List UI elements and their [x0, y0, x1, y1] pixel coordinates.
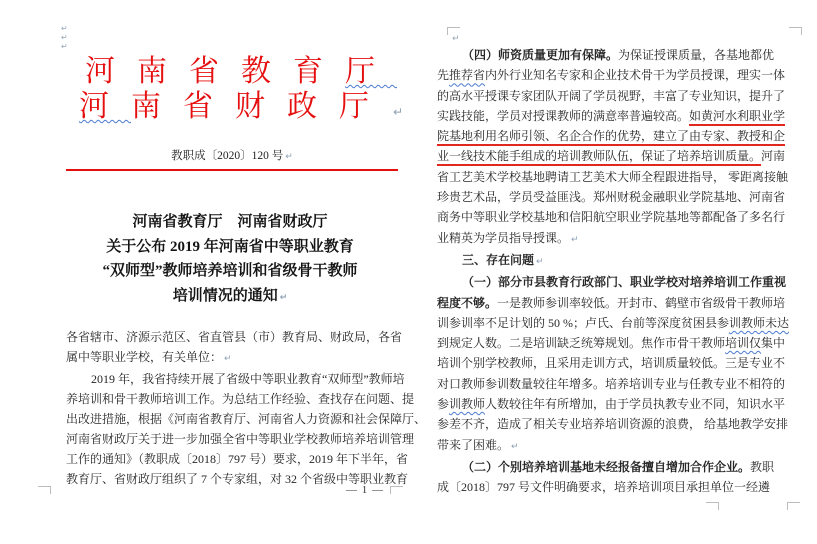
- text-line: 参训教师人数较往年有所增加，由于学员执教专业不同，知识水平: [437, 394, 791, 414]
- text-line: （二）个别培养培训基地未经报备擅自增加合作企业。教职: [437, 457, 791, 477]
- text-line: 属中等职业学校，有关单位：↵: [66, 347, 406, 369]
- text-line: 河南省财政厅↵: [76, 89, 406, 130]
- text-line: 训参训率不足计划的 50 %；卢氏、台前等深度贫困县参训教师未达: [437, 313, 791, 333]
- text-line: 带来了困难。↵: [437, 435, 791, 457]
- text-segment: （四）师资质量更加有保障。: [462, 48, 618, 62]
- paragraph-return-icon: ↵: [280, 293, 288, 303]
- text-line: 培训个别学校教师，且采用走训方式，培训质量较低。三是专业不: [437, 353, 791, 373]
- text-segment: 河南省教育: [85, 55, 345, 88]
- page-corner-mark: [38, 486, 51, 494]
- paragraph-return-icon: ↵: [224, 354, 232, 364]
- text-segment: 属中等职业学校，有关单位：: [66, 350, 222, 364]
- text-segment: （一）部分市县教育行政部门、职业学校对培养培训工作重视: [462, 275, 786, 289]
- paragraph-return-icon: ↵: [61, 24, 68, 33]
- text-segment: 业一线技术能手组成的培训教师队伍，保证了培养培训质量。: [437, 149, 761, 166]
- notice-title: 河南省教育厅 河南省财政厅关于公布 2019 年河南省中等职业教育“双师型”教师…: [58, 210, 402, 310]
- page-corner-mark: [787, 502, 800, 510]
- empty-paragraph-marks: ↵↵↵: [61, 24, 68, 51]
- letterhead-divider: [66, 169, 398, 171]
- text-segment: 的高水平授课专家团队开阔了学员视野，丰富了专业知识，提升了: [437, 89, 785, 103]
- text-line: 参差不齐，造成了相关专业培养培训资源的浪费， 给基地教学安排: [437, 414, 791, 434]
- text-segment: 南省财政厅: [131, 90, 391, 123]
- text-line: 院基地利用名师引领、名企合作的优势，建立了由专家、教授和企: [437, 126, 791, 146]
- text-line: 养培训和骨干教师培训工作。为总结工作经验、查找存在问题、提: [66, 389, 406, 409]
- text-segment: 培训仅: [725, 336, 761, 350]
- text-segment: 集中: [761, 336, 785, 350]
- text-line: 2019 年，我省持续开展了省级中等职业教育“双师型”教师培: [66, 369, 406, 389]
- text-segment: 关于公布 2019 年河南省中等职业教育: [106, 239, 354, 255]
- text-line: 程度不够。一是教师参训率较低。开封市、鹤壁市省级骨干教师培: [437, 293, 791, 313]
- text-segment: 养培训和骨干教师培训工作。为总结工作经验、查找存在问题、提: [66, 392, 414, 406]
- text-line: 教职成〔2020〕120 号↵: [66, 147, 398, 163]
- text-segment: 河南省财政厅关于进一步加强全省中等职业学校教师培养培训管理: [66, 432, 414, 446]
- paragraph-return-icon: ↵: [511, 442, 519, 452]
- text-line: 业一线技术能手组成的培训教师队伍，保证了培养培训质量。河南: [437, 146, 791, 166]
- text-line: 河南省教育厅: [76, 54, 406, 89]
- text-segment: 训参训率不足计划的 50 %；卢氏、台前等深度贫困县参: [437, 316, 729, 330]
- text-segment: 带来了困难。: [437, 438, 509, 452]
- text-line: 业精英为学员指导授课。↵: [437, 228, 791, 250]
- text-segment: 河南: [761, 149, 785, 163]
- text-line: 河南省财政厅关于进一步加强全省中等职业学校教师培养培训管理: [66, 429, 406, 449]
- text-segment: （二）个别培养培训基地未经报备擅自增加合作企业。: [462, 460, 750, 474]
- text-segment: 内外行业知名专家和企业技术骨干为学员授课，理实一体: [485, 68, 785, 82]
- text-segment: 实践技能，学员对授课教师的满意率普遍较高。: [437, 109, 689, 123]
- text-line: 珍贵艺术品，学员受益匪浅。郑州财税金融职业学院基地、河南省: [437, 187, 791, 207]
- text-segment: 训教师: [449, 397, 485, 411]
- page-corner-mark: [789, 27, 802, 35]
- page-number: — 1 —: [346, 484, 384, 496]
- text-line: 实践技能，学员对授课教师的满意率普遍较高。如黄河水利职业学: [437, 106, 791, 126]
- right-page-body: （四）师资质量更加有保障。为保证授课质量，各基地都优先推荐省内外行业知名专家和企…: [437, 45, 791, 498]
- text-segment: 教职成〔2020〕120 号: [171, 150, 283, 162]
- document-number: 教职成〔2020〕120 号↵: [66, 147, 398, 163]
- text-line: 出改进措施，根据《河南省教育厅、河南省人力资源和社会保障厅、: [66, 409, 406, 429]
- letterhead-title: 河南省教育厅河南省财政厅↵: [76, 54, 406, 130]
- text-segment: 厅: [345, 55, 397, 88]
- text-segment: 培训个别学校教师，且采用走训方式，培训质量较低。三是专业不: [437, 356, 785, 370]
- text-segment: 商务中等职业学校基地和信阳航空职业学院基地等都配备了多名行: [437, 210, 785, 224]
- text-segment: 参: [437, 397, 449, 411]
- text-segment: “双师型”教师培养培训和省级骨干教师: [102, 263, 357, 279]
- text-segment: 三、存在问题: [462, 253, 534, 267]
- text-line: 三、存在问题↵: [437, 250, 791, 272]
- text-line: 到规定人数。二是培训缺乏统筹规划。焦作市骨干教师培训仅集中: [437, 333, 791, 353]
- text-line: 对口教师参训数量较往年增多。培养培训专业与任教专业不相符的: [437, 374, 791, 394]
- text-segment: 训教师未达: [729, 316, 789, 330]
- text-line: 工作的通知》（教职成〔2018〕797 号）要求，2019 年下半年，省: [66, 449, 406, 469]
- document-canvas: ↵↵↵ 河南省教育厅河南省财政厅↵ 教职成〔2020〕120 号↵ 河南省教育厅…: [0, 0, 817, 544]
- page-corner-mark: [390, 486, 403, 494]
- text-segment: 对口教师参训数量较往年增多。培养培训专业与任教专业不相符的: [437, 377, 785, 391]
- text-segment: 河: [79, 90, 131, 123]
- text-segment: 程度不够。: [437, 296, 497, 310]
- text-segment: 人数较往年有所增加，由于学员执教专业不同，知识水平: [485, 397, 785, 411]
- text-segment: 2019 年，我省持续开展了省级中等职业教育“双师型”教师培: [91, 372, 405, 386]
- text-line: “双师型”教师培养培训和省级骨干教师: [58, 259, 402, 284]
- text-line: 先推荐省内外行业知名专家和企业技术骨干为学员授课，理实一体: [437, 65, 791, 85]
- text-segment: 业精英为学员指导授课。: [437, 231, 569, 245]
- text-segment: 河南省教育厅 河南省财政厅: [132, 214, 327, 230]
- text-segment: 各省辖市、济源示范区、省直管县（市）教育局、财政局，各省: [66, 330, 402, 344]
- paragraph-return-icon: ↵: [452, 34, 460, 44]
- text-segment: 珍贵艺术品，学员受益匪浅。郑州财税金融职业学院基地、河南省: [437, 190, 785, 204]
- paragraph-return-icon: ↵: [393, 105, 403, 119]
- text-segment: 推荐省: [449, 68, 485, 82]
- paragraph-return-icon: ↵: [285, 152, 293, 162]
- text-line: 省工艺美术学校基地聘请工艺美术大师全程跟进指导， 零距离接触: [437, 167, 791, 187]
- paragraph-return-icon: ↵: [571, 235, 579, 245]
- text-line: 河南省教育厅 河南省财政厅: [58, 210, 402, 235]
- text-segment: 省工艺美术学校基地聘请工艺美术大师全程跟进指导， 零距离接触: [437, 170, 788, 184]
- text-line: 商务中等职业学校基地和信阳航空职业学院基地等都配备了多名行: [437, 207, 791, 227]
- paragraph-return-icon: ↵: [61, 42, 68, 51]
- text-segment: 成〔2018〕797 号文件明确要求，培养培训项目承担单位一经遴: [437, 480, 770, 494]
- text-line: 培训情况的通知↵: [58, 284, 402, 311]
- paragraph-return-icon: ↵: [61, 33, 68, 42]
- text-segment: 如黄河水利职业学: [689, 109, 785, 126]
- text-line: 成〔2018〕797 号文件明确要求，培养培训项目承担单位一经遴: [437, 477, 791, 497]
- text-segment: 工作的通知》（教职成〔2018〕797 号）要求，2019 年下半年，省: [66, 452, 408, 466]
- text-segment: 参差不齐，造成了相关专业培养培训资源的浪费， 给基地教学安排: [437, 417, 788, 431]
- page-corner-mark: [706, 502, 719, 510]
- paragraph-return-icon: ↵: [536, 257, 544, 267]
- text-line: 的高水平授课专家团队开阔了学员视野，丰富了专业知识，提升了: [437, 86, 791, 106]
- text-line: （一）部分市县教育行政部门、职业学校对培养培训工作重视: [437, 272, 791, 292]
- text-segment: 院基地利用名师引领、名企合作的优势，建立了由专家、教授和企: [437, 129, 785, 146]
- text-segment: 出改进措施，根据《河南省教育厅、河南省人力资源和社会保障厅、: [66, 412, 426, 426]
- text-segment: 培训情况的通知: [173, 288, 278, 304]
- left-page-body: 各省辖市、济源示范区、省直管县（市）教育局、财政局，各省属中等职业学校，有关单位…: [66, 327, 406, 489]
- text-line: 各省辖市、济源示范区、省直管县（市）教育局、财政局，各省: [66, 327, 406, 347]
- text-line: 关于公布 2019 年河南省中等职业教育: [58, 235, 402, 260]
- text-segment: 先: [437, 68, 449, 82]
- text-segment: 为保证授课质量，各基地都优: [618, 48, 774, 62]
- text-segment: 到规定人数。二是培训缺乏统筹规划。焦作市骨干教师: [437, 336, 725, 350]
- text-segment: 教职: [750, 460, 774, 474]
- text-segment: 一是教师参训率较低。开封市、鹤壁市省级骨干教师培: [497, 296, 785, 310]
- text-line: （四）师资质量更加有保障。为保证授课质量，各基地都优: [437, 45, 791, 65]
